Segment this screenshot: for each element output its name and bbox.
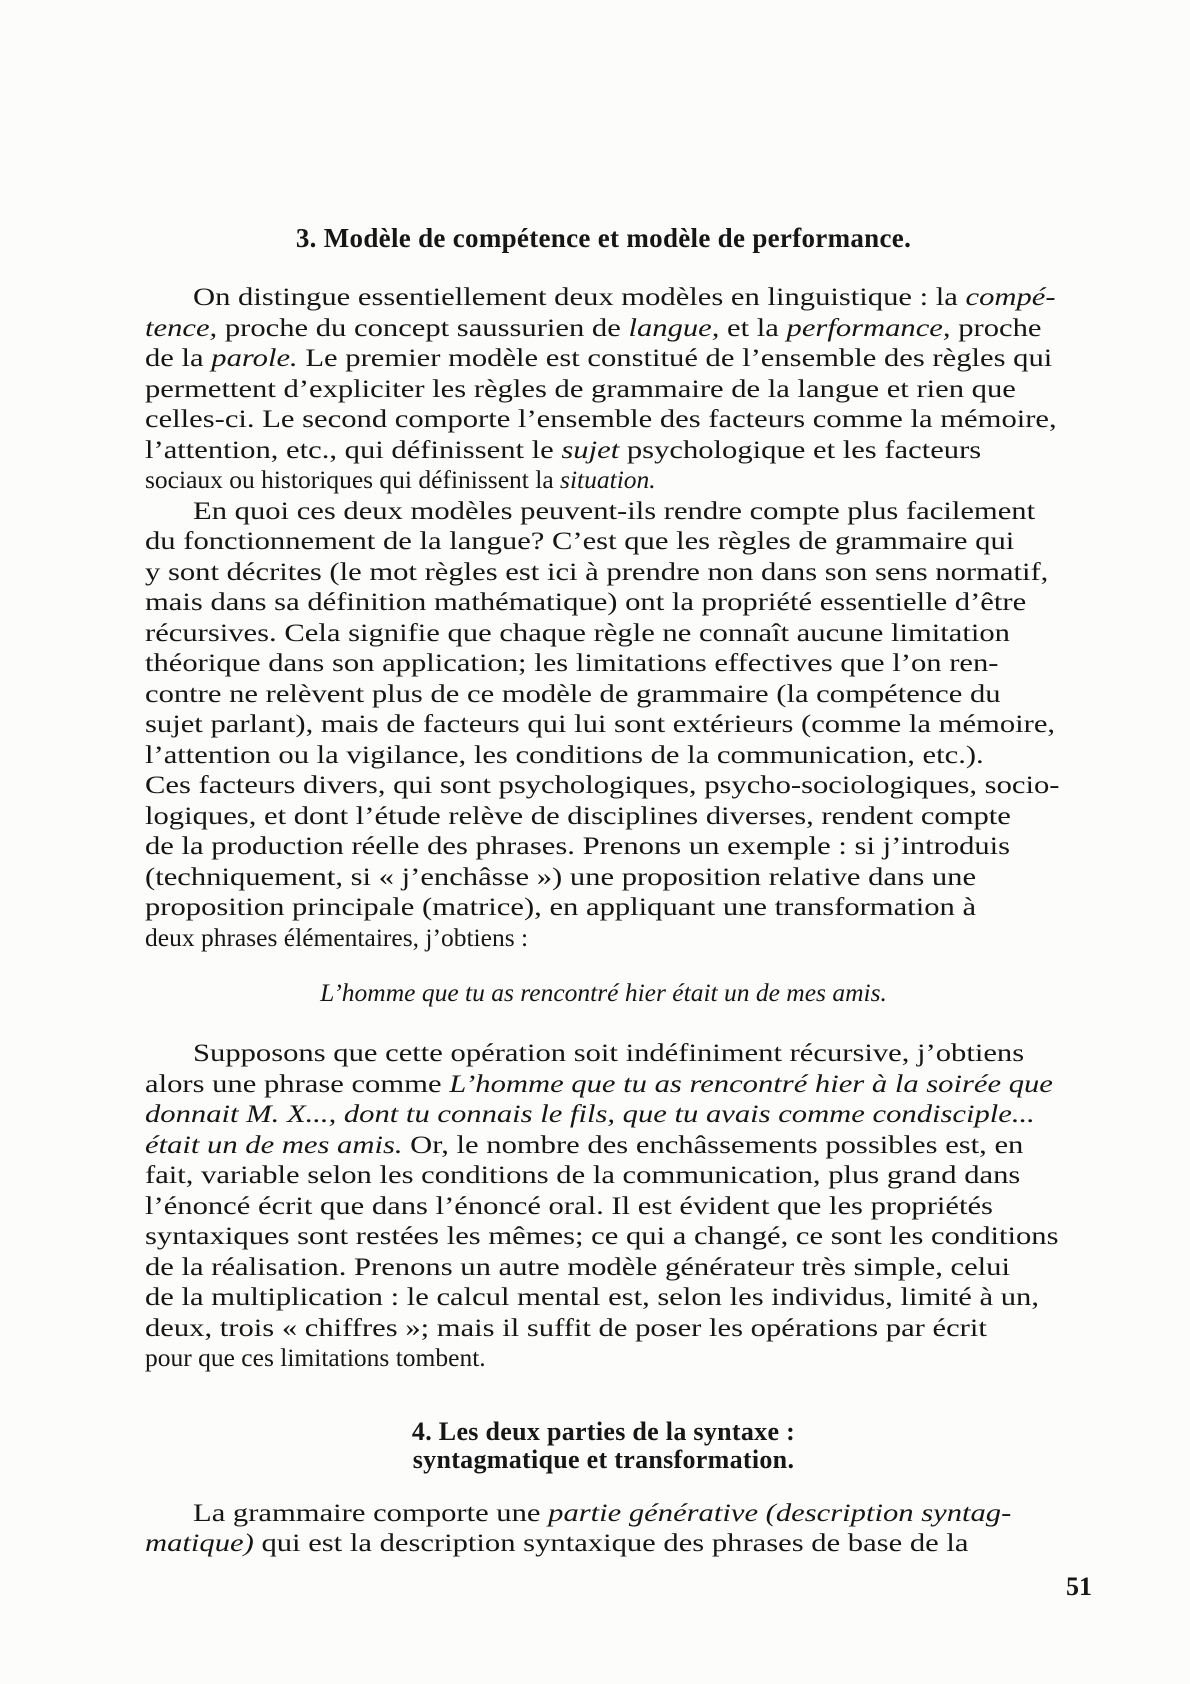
text-line: l’attention, etc., qui définissent le su…	[145, 435, 1062, 466]
text-line: syntaxiques sont restées les mêmes; ce q…	[145, 1221, 1062, 1252]
text-line: proposition principale (matrice), en app…	[145, 892, 1062, 923]
text-line: En quoi ces deux modèles peuvent-ils ren…	[145, 496, 1062, 527]
text-line: deux, trois « chiffres »; mais il suffit…	[145, 1313, 1062, 1344]
text-line: logiques, et dont l’étude relève de disc…	[145, 801, 1062, 832]
text-line: de la production réelle des phrases. Pre…	[145, 831, 1062, 862]
text-line: de la parole. Le premier modèle est cons…	[145, 343, 1062, 374]
paragraph-2: En quoi ces deux modèles peuvent-ils ren…	[145, 496, 1062, 954]
text-line: de la réalisation. Prenons un autre modè…	[145, 1252, 1062, 1283]
text-line: l’énoncé écrit que dans l’énoncé oral. I…	[145, 1191, 1062, 1222]
text-line: du fonctionnement de la langue? C’est qu…	[145, 526, 1062, 557]
text-line: mais dans sa définition mathématique) on…	[145, 587, 1062, 618]
text-line: On distingue essentiellement deux modèle…	[145, 282, 1062, 313]
text-line: matique) qui est la description syntaxiq…	[145, 1528, 1062, 1559]
page-number: 51	[1066, 1572, 1092, 1602]
text-line: Ces facteurs divers, qui sont psychologi…	[145, 770, 1062, 801]
text-line: fait, variable selon les conditions de l…	[145, 1160, 1062, 1191]
paragraph-4: La grammaire comporte une partie générat…	[145, 1498, 1062, 1559]
text-line: tence, proche du concept saussurien de l…	[145, 313, 1062, 344]
text-line: était un de mes amis. Or, le nombre des …	[145, 1130, 1062, 1161]
text-line: alors une phrase comme L’homme que tu as…	[145, 1069, 1062, 1100]
text-line: théorique dans son application; les limi…	[145, 648, 1062, 679]
text-line: y sont décrites (le mot règles est ici à…	[145, 557, 1062, 588]
text-line: sociaux ou historiques qui définissent l…	[145, 465, 1062, 496]
paragraph-1: On distingue essentiellement deux modèle…	[145, 282, 1062, 496]
text-line: donnait M. X..., dont tu connais le fils…	[145, 1099, 1062, 1130]
text-line: de la multiplication : le calcul mental …	[145, 1282, 1062, 1313]
page-content: 3. Modèle de compétence et modèle de per…	[145, 223, 1062, 1559]
section-4-heading-line-1: 4. Les deux parties de la syntaxe :	[145, 1418, 1062, 1446]
text-line: deux phrases élémentaires, j’obtiens :	[145, 923, 1062, 954]
text-line: Supposons que cette opération soit indéf…	[145, 1038, 1062, 1069]
section-4-heading: 4. Les deux parties de la syntaxe : synt…	[145, 1418, 1062, 1474]
text-line: récursives. Cela signifie que chaque règ…	[145, 618, 1062, 649]
text-line: contre ne relèvent plus de ce modèle de …	[145, 679, 1062, 710]
book-page: 3. Modèle de compétence et modèle de per…	[0, 0, 1190, 1684]
text-line: sujet parlant), mais de facteurs qui lui…	[145, 709, 1062, 740]
text-line: permettent d’expliciter les règles de gr…	[145, 374, 1062, 405]
example-sentence: L’homme que tu as rencontré hier était u…	[145, 977, 1062, 1008]
section-4-heading-line-2: syntagmatique et transformation.	[145, 1446, 1062, 1474]
text-line: celles-ci. Le second comporte l’ensemble…	[145, 404, 1062, 435]
paragraph-3: Supposons que cette opération soit indéf…	[145, 1038, 1062, 1374]
text-line: (techniquement, si « j’enchâsse ») une p…	[145, 862, 1062, 893]
section-3-heading: 3. Modèle de compétence et modèle de per…	[145, 223, 1062, 253]
text-line: La grammaire comporte une partie générat…	[145, 1498, 1062, 1529]
text-line: l’attention ou la vigilance, les conditi…	[145, 740, 1062, 771]
text-line: pour que ces limitations tombent.	[145, 1343, 1062, 1374]
